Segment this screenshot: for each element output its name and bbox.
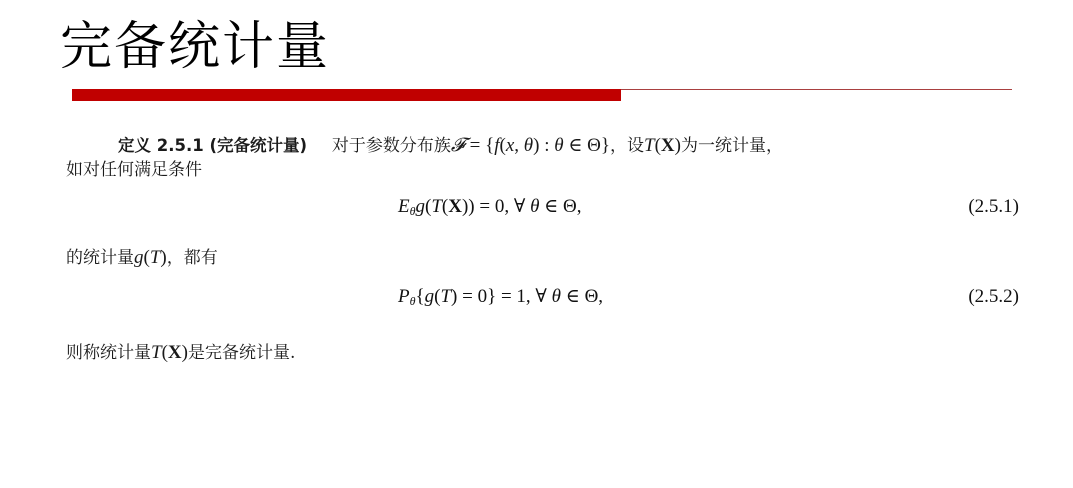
definition-suffix: 为一统计量， <box>681 136 783 156</box>
family-expression: 𝓕 = {f(x, θ) : θ ∈ Θ} <box>451 135 610 156</box>
title-accent-bar <box>72 89 621 101</box>
definition-line-2: 如对任何满足条件 <box>66 158 202 182</box>
equation-number-2-5-1: (2.5.1) <box>968 194 1019 220</box>
title-divider-line <box>621 89 1012 90</box>
definition-prefix: 对于参数分布族 <box>332 136 451 156</box>
slide-title: 完备统计量 <box>60 14 330 80</box>
definition-label: 定义 2.5.1 (完备统计量) <box>118 136 307 155</box>
definition-mid: ，设 <box>610 136 644 156</box>
text-line-3: 的统计量g(T)，都有 <box>66 246 218 270</box>
statistic-TX: T(X) <box>644 135 681 156</box>
equation-number-2-5-2: (2.5.2) <box>968 284 1019 310</box>
equation-2-5-1: Eθg(T(X)) = 0, ∀ θ ∈ Θ, <box>398 194 581 224</box>
conclusion-line: 则称统计量T(X)是完备统计量. <box>66 341 295 365</box>
definition-line-1: 定义 2.5.1 (完备统计量) 对于参数分布族𝓕 = {f(x, θ) : θ… <box>118 134 783 158</box>
equation-2-5-2: Pθ{g(T) = 0} = 1, ∀ θ ∈ Θ, <box>398 284 603 314</box>
